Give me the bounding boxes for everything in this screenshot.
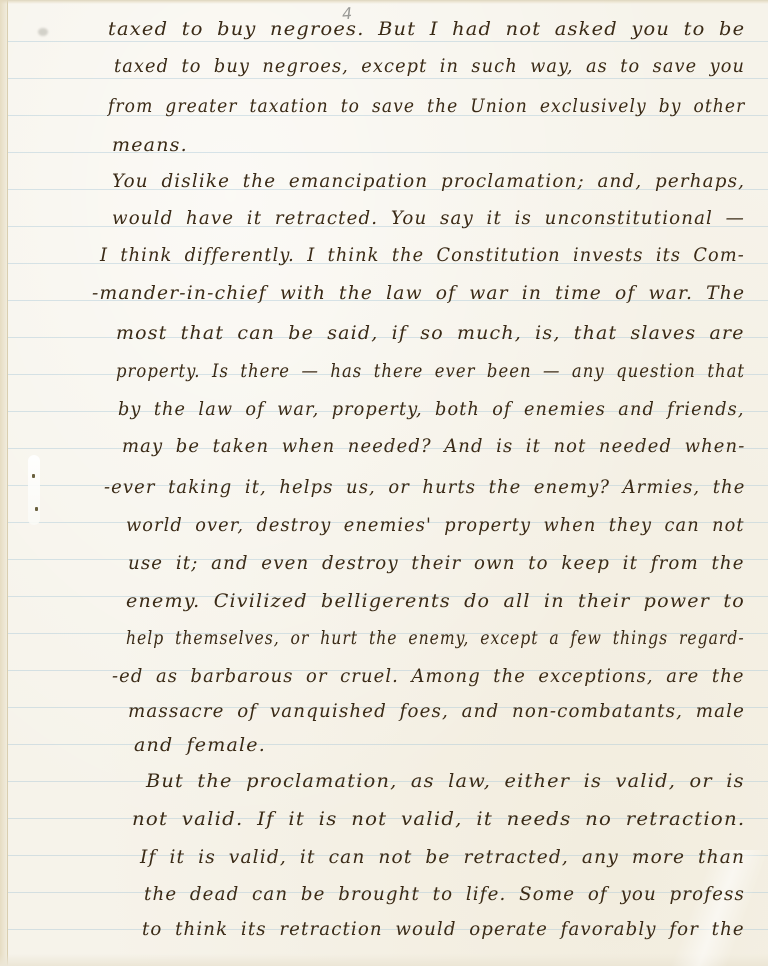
text-line-10: property. Is there — has there ever been…: [116, 360, 745, 382]
text-line-12: may be taken when needed? And is it not …: [122, 435, 745, 457]
page-top-edge: [0, 0, 768, 4]
binding-hole-mark: [35, 507, 38, 511]
text-line-18: -ed as barbarous or cruel. Among the exc…: [112, 665, 745, 687]
text-line-25: to think its retraction would operate fa…: [142, 918, 745, 940]
letter-page: 4 taxed to buy negroes. But I had not as…: [0, 0, 768, 966]
text-line-15: use it; and even destroy their own to ke…: [128, 552, 745, 574]
text-line-11: by the law of war, property, both of ene…: [118, 398, 745, 420]
text-line-3: from greater taxation to save the Union …: [108, 95, 745, 117]
page-left-edge: [0, 0, 8, 966]
binding-hole-mark: [32, 474, 35, 478]
text-line-17: help themselves, or hurt the enemy, exce…: [126, 627, 745, 649]
text-line-14: world over, destroy enemies' property wh…: [126, 514, 745, 536]
ink-smudge: [38, 28, 48, 36]
text-line-7: I think differently. I think the Constit…: [100, 244, 745, 266]
text-line-5: You dislike the emancipation proclamatio…: [112, 170, 745, 192]
binding-tear: [28, 455, 40, 525]
text-line-9: most that can be said, if so much, is, t…: [116, 322, 745, 344]
text-line-20: and female.: [134, 734, 266, 756]
text-line-8: -mander-in-chief with the law of war in …: [92, 282, 745, 304]
text-line-22: not valid. If it is not valid, it needs …: [132, 808, 745, 830]
text-line-4: means.: [112, 134, 188, 156]
text-line-13: -ever taking it, helps us, or hurts the …: [104, 476, 745, 498]
page-bottom-edge: [0, 954, 768, 966]
text-line-23: If it is valid, it can not be retracted,…: [140, 846, 745, 868]
text-line-6: would have it retracted. You say it is u…: [112, 207, 745, 229]
text-line-16: enemy. Civilized belligerents do all in …: [126, 590, 745, 612]
text-line-2: taxed to buy negroes, except in such way…: [114, 55, 745, 77]
text-line-19: massacre of vanquished foes, and non-com…: [128, 700, 745, 722]
text-line-24: the dead can be brought to life. Some of…: [144, 883, 745, 905]
text-line-1: taxed to buy negroes. But I had not aske…: [108, 18, 745, 40]
text-line-21: But the proclamation, as law, either is …: [146, 770, 745, 792]
